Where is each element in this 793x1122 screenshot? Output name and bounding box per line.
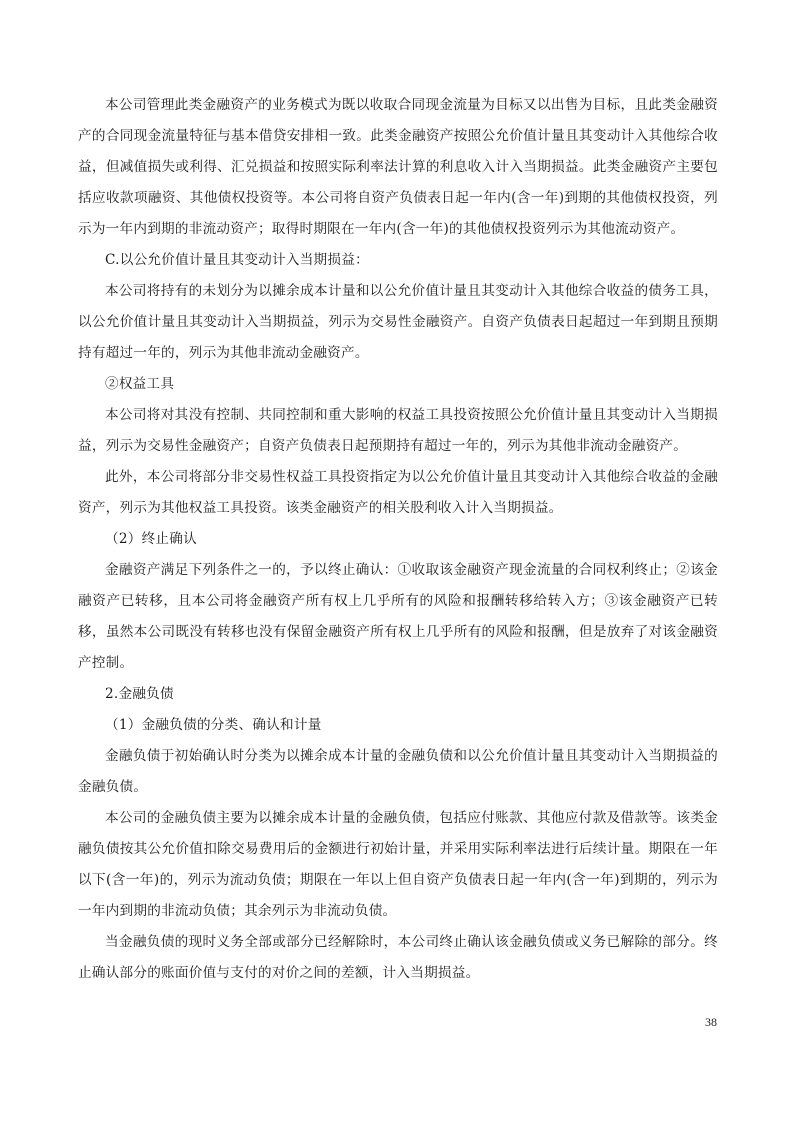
- paragraph-fvtpl-debt: 本公司将持有的未划分为以摊余成本计量和以公允价值计量且其变动计入其他综合收益的债…: [78, 276, 718, 369]
- heading-liability-classification: （1）金融负债的分类、确认和计量: [78, 710, 718, 741]
- paragraph-liability-classification: 金融负债于初始确认时分类为以摊余成本计量的金融负债和以公允价值计量且其变动计入当…: [78, 741, 718, 803]
- page-number: 38: [705, 1015, 717, 1030]
- paragraph-amortized-cost-liabilities: 本公司的金融负债主要为以摊余成本计量的金融负债，包括应付账款、其他应付款及借款等…: [78, 803, 718, 927]
- paragraph-equity-fvtpl: 本公司将对其没有控制、共同控制和重大影响的权益工具投资按照公允价值计量且其变动计…: [78, 400, 718, 462]
- paragraph-fvoci-debt: 本公司管理此类金融资产的业务模式为既以收取合同现金流量为目标又以出售为目标，且此…: [78, 90, 718, 245]
- paragraph-liability-derecognition: 当金融负债的现时义务全部或部分已经解除时，本公司终止确认该金融负债或义务已解除的…: [78, 927, 718, 989]
- heading-equity-instruments: ②权益工具: [78, 369, 718, 400]
- paragraph-derecognition: 金融资产满足下列条件之一的，予以终止确认：①收取该金融资产现金流量的合同权利终止…: [78, 555, 718, 679]
- paragraph-equity-fvoci: 此外，本公司将部分非交易性权益工具投资指定为以公允价值计量且其变动计入其他综合收…: [78, 462, 718, 524]
- document-page: 本公司管理此类金融资产的业务模式为既以收取合同现金流量为目标又以出售为目标，且此…: [78, 90, 718, 989]
- heading-financial-liabilities: 2.金融负债: [78, 679, 718, 710]
- heading-derecognition: （2）终止确认: [78, 524, 718, 555]
- heading-fvtpl: C.以公允价值计量且其变动计入当期损益：: [78, 245, 718, 276]
